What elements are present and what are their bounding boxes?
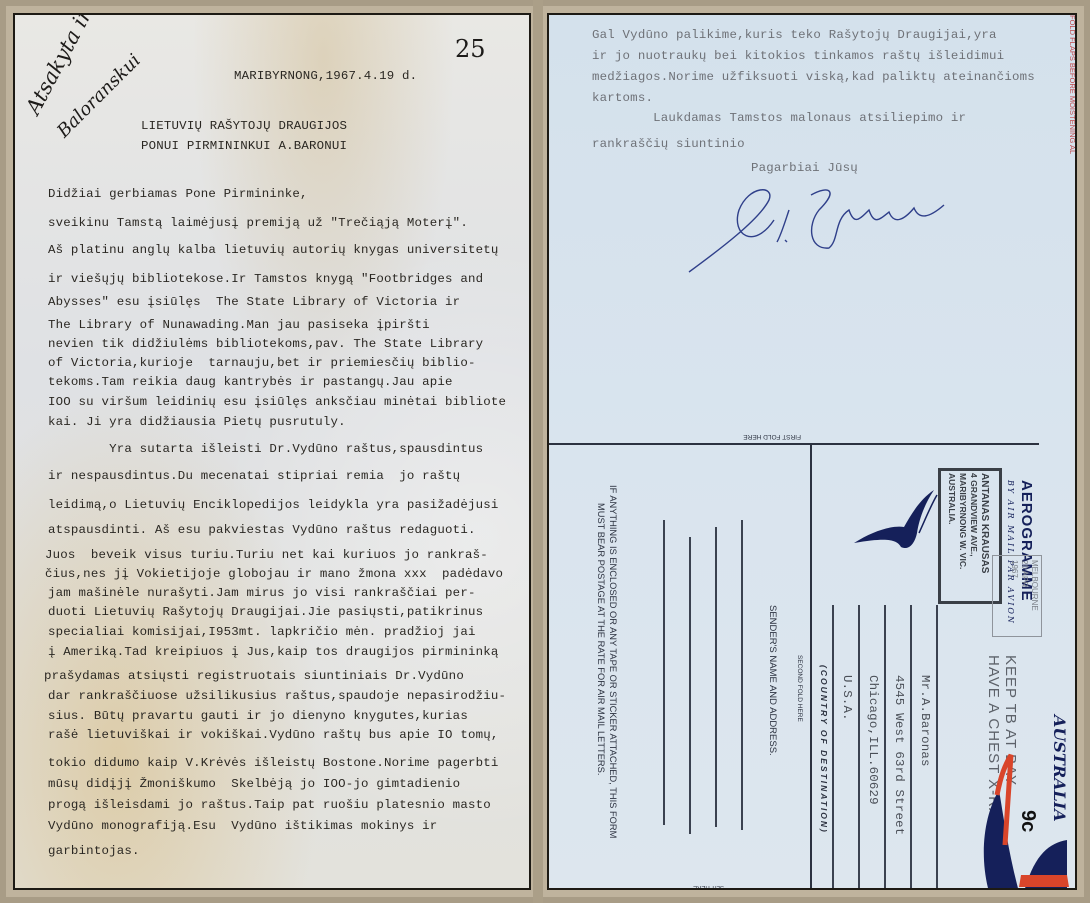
letter-line: į Ameriką.Tad kreipiuos į Jus,kaip tos d…	[48, 645, 499, 659]
stamp-value: 9c	[1016, 810, 1039, 832]
letter-line: Juos beveik visus turiu.Turiu net kai ku…	[45, 548, 488, 562]
address-rule	[936, 605, 938, 890]
address-rule	[910, 605, 912, 890]
recipient-city: Chicago,ILL.60629	[866, 675, 880, 805]
letter-line: Gal Vydūno palikime,kuris teko Rašytojų …	[592, 28, 997, 42]
letter-line: jam mašinėle nurašyti.Jam mirus jo visi …	[48, 586, 476, 600]
recipient-street: 4545 West 63rd Street	[892, 675, 906, 835]
letter-line: nevien tik didžiulėms bibliotekoms,pav. …	[48, 337, 483, 351]
closing-line: Laukdamas Tamstos malonaus atsiliepimo i…	[592, 111, 966, 125]
return-address: ANTANAS KRAUSAS 4 GRANDVIEW AVE., MARIBY…	[946, 473, 990, 573]
letter-line: rašė lietuviškai ir vokiškai.Vydūno rašt…	[48, 728, 499, 742]
kangaroo-logo-icon	[849, 485, 939, 555]
letter-line: of Victoria,kurioje tarnauju,bet ir prie…	[48, 356, 476, 370]
letter-line: tokio didumo kaip V.Krėvės išleistų Bost…	[48, 756, 499, 770]
enclosure-warning: IF ANYTHING IS ENCLOSED OR ANY TAPE OR S…	[595, 485, 619, 838]
sender-rule	[663, 520, 665, 825]
letter-line: Yra sutarta išleisti Dr.Vydūno raštus,sp…	[48, 442, 483, 456]
recipient-name: Mr.A.Baronas	[918, 675, 932, 767]
recipient-line-2: PONUI PIRMININKUI A.BARONUI	[141, 139, 347, 153]
letter-line: medžiagos.Norime užfiksuoti viską,kad pa…	[592, 70, 1035, 84]
letter-line: sius. Būtų pravartu gauti ir jo dienyno …	[48, 709, 468, 723]
letter-line: Vydūno monografiją.Esu Vydūno ištikimas …	[48, 819, 437, 833]
letter-line: duoti Lietuvių Rašytojų Draugijai.Jie pa…	[48, 605, 483, 619]
sign-off: Pagarbiai Jūsų	[751, 161, 858, 175]
country-of-destination-label: (COUNTRY OF DESTINATION)	[819, 665, 829, 834]
handwritten-page-number: 25	[455, 35, 486, 63]
sender-rule	[741, 520, 743, 830]
signature-icon: A. Krausas	[679, 180, 959, 280]
letter-line: kartoms.	[592, 91, 653, 105]
letter-line: specialiai komisijai,I953mt. lapkričio m…	[48, 625, 476, 639]
letter-line: leidimą,o Lietuvių Enciklopedijos leidyk…	[48, 498, 499, 512]
letter-line: čius,nes jį Vokietijoje globojau ir mano…	[45, 567, 503, 581]
letter-line: progą išleisdami jo raštus.Taip pat ruoš…	[48, 798, 491, 812]
slit-here-label: SLIT HERE	[693, 884, 724, 890]
address-rule	[858, 605, 860, 890]
letter-line: dar rankraščiuose užsilikusius raštus,sp…	[48, 689, 506, 703]
letter-page-1: Atsakyta ir perversta Baloranskui 25 MAR…	[13, 13, 531, 890]
closing-line: rankraščių siuntinio	[592, 137, 745, 151]
letter-line: garbintojas.	[48, 844, 140, 858]
letter-line: tekoms.Tam reikia daug kantrybės ir past…	[48, 375, 453, 389]
letter-line: ir nespausdintus.Du mecenatai stipriai r…	[48, 469, 460, 483]
letter-line: Abysses" esu įsiūlęs The State Library o…	[48, 295, 460, 309]
second-fold-line	[810, 443, 812, 890]
letter-line: IOO su viršum leidinių esu įsiūlęs anksč…	[48, 395, 506, 409]
page-divider	[533, 0, 543, 903]
sender-rule	[689, 537, 691, 834]
letter-page-2-aerogramme: Gal Vydūno palikime,kuris teko Rašytojų …	[547, 13, 1077, 890]
letter-line: prašydamas atsiųsti registruotais siunti…	[44, 669, 464, 683]
letter-line: sveikinu Tamstą laimėjusį premiją už "Tr…	[48, 216, 468, 230]
salutation-text: Didžiai gerbiamas Pone Pirmininke,	[48, 187, 308, 201]
recipient-line-1: LIETUVIŲ RAŠYTOJŲ DRAUGIJOS	[141, 119, 347, 133]
letter-line: The Library of Nunawading.Man jau pasise…	[48, 318, 430, 332]
recipient-country: U.S.A.	[840, 675, 854, 721]
second-fold-label: SECOND FOLD HERE	[796, 655, 803, 722]
letter-line: kai. Ji yra didžiausia Pietų pusrutuly.	[48, 415, 346, 429]
letter-line: Aš platinu anglų kalba lietuvių autorių …	[48, 243, 499, 257]
first-fold-label: FIRST FOLD HERE	[743, 433, 801, 440]
letter-line: ir viešųjų bibliotekose.Ir Tamstos knygą…	[48, 272, 483, 286]
fold-flaps-note: FOLD FLAPS BEFORE MOISTENING AL	[1068, 15, 1077, 154]
address-rule	[832, 605, 834, 890]
letter-line: ir jo nuotraukų bei kitokios tinkamos ra…	[592, 49, 1004, 63]
stamp-country: AUSTRALIA	[1050, 715, 1069, 822]
letter-line: mūsų didįjį Žmoniškumo Skelbėją jo IOO-j…	[48, 777, 460, 791]
letter-line: atspausdinti. Aš esu pakviestas Vydūno r…	[48, 523, 476, 537]
postmark-text: MELBOURNE 20 APR 1967	[1009, 560, 1039, 611]
senders-name-label: SENDER'S NAME AND ADDRESS.	[767, 605, 778, 756]
place-date: MARIBYRNONG,1967.4.19 d.	[234, 69, 417, 83]
sender-rule	[715, 527, 717, 827]
first-fold-line	[549, 443, 1039, 445]
address-rule	[884, 605, 886, 890]
